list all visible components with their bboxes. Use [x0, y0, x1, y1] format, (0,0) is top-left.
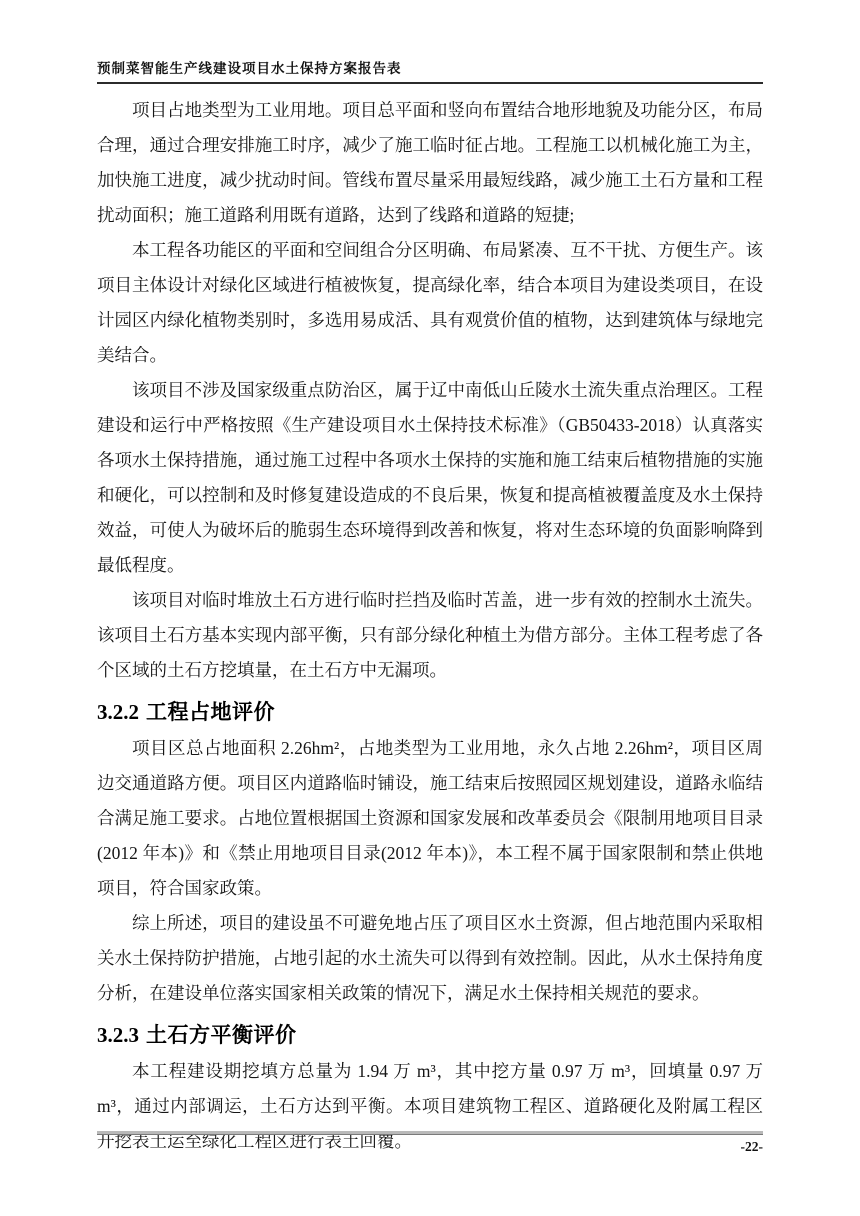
footer-divider — [97, 1131, 763, 1135]
page-body: 项目占地类型为工业用地。项目总平面和竖向布置结合地形地貌及功能分区，布局合理，通… — [97, 84, 763, 1159]
page-header: 预制菜智能生产线建设项目水土保持方案报告表 — [97, 0, 763, 84]
section-number: 3.2.2 — [97, 700, 139, 724]
section-heading-3-2-2: 3.2.2工程占地评价 — [97, 697, 763, 728]
paragraph-land-occupation-area: 项目区总占地面积 2.26hm²，占地类型为工业用地，永久占地 2.26hm²，… — [97, 731, 763, 906]
section-title: 工程占地评价 — [146, 701, 275, 724]
header-title: 预制菜智能生产线建设项目水土保持方案报告表 — [97, 57, 763, 77]
paragraph-land-occupation-conclusion: 综上所述，项目的建设虽不可避免地占压了项目区水土资源，但占地范围内采取相关水土保… — [97, 906, 763, 1011]
paragraph-erosion-control-standard: 该项目不涉及国家级重点防治区，属于辽中南低山丘陵水土流失重点治理区。工程建设和运… — [97, 373, 763, 583]
paragraph-temporary-earthwork: 该项目对临时堆放土石方进行临时拦挡及临时苫盖，进一步有效的控制水土流失。该项目土… — [97, 583, 763, 688]
document-page: 预制菜智能生产线建设项目水土保持方案报告表 项目占地类型为工业用地。项目总平面和… — [0, 0, 860, 1216]
paragraph-functional-zones: 本工程各功能区的平面和空间组合分区明确、布局紧凑、互不干扰、方便生产。该项目主体… — [97, 233, 763, 373]
section-title: 土石方平衡评价 — [146, 1024, 297, 1047]
page-footer: -22- — [97, 1131, 763, 1155]
paragraph-land-use-layout: 项目占地类型为工业用地。项目总平面和竖向布置结合地形地貌及功能分区，布局合理，通… — [97, 93, 763, 233]
section-number: 3.2.3 — [97, 1023, 139, 1047]
page-number: -22- — [97, 1139, 763, 1155]
section-heading-3-2-3: 3.2.3土石方平衡评价 — [97, 1020, 763, 1051]
